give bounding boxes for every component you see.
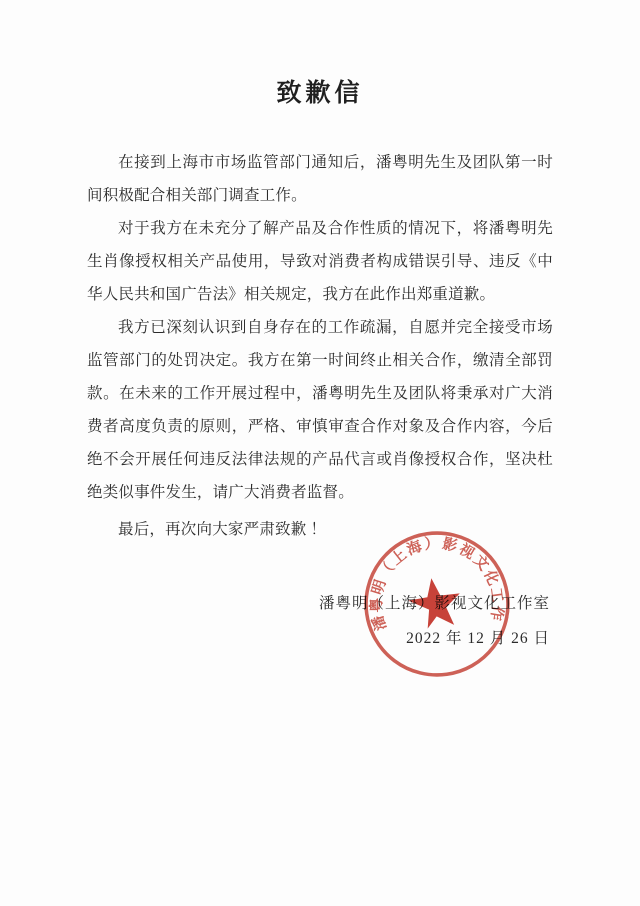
letter-body: 在接到上海市市场监管部门通知后，潘粤明先生及团队第一时间积极配合相关部门调查工作…	[87, 146, 553, 546]
page-title: 致歉信	[0, 78, 640, 110]
signature-line: 潘粤明（上海）影视文化工作室	[0, 586, 550, 621]
paragraph-2: 对于我方在未充分了解产品及合作性质的情况下，将潘粤明先生肖像授权相关产品使用，导…	[87, 212, 553, 311]
paragraph-1: 在接到上海市市场监管部门通知后，潘粤明先生及团队第一时间积极配合相关部门调查工作…	[87, 146, 553, 212]
signature-block: 潘粤明（上海）影视文化工作室 2022 年 12 月 26 日	[0, 586, 550, 656]
date-line: 2022 年 12 月 26 日	[0, 621, 550, 656]
paragraph-3: 我方已深刻认识到自身存在的工作疏漏，自愿并完全接受市场监管部门的处罚决定。我方在…	[87, 311, 553, 509]
document-page: 致歉信 在接到上海市市场监管部门通知后，潘粤明先生及团队第一时间积极配合相关部门…	[0, 0, 640, 906]
paragraph-4: 最后，再次向大家严肃致歉 ！	[87, 513, 553, 546]
